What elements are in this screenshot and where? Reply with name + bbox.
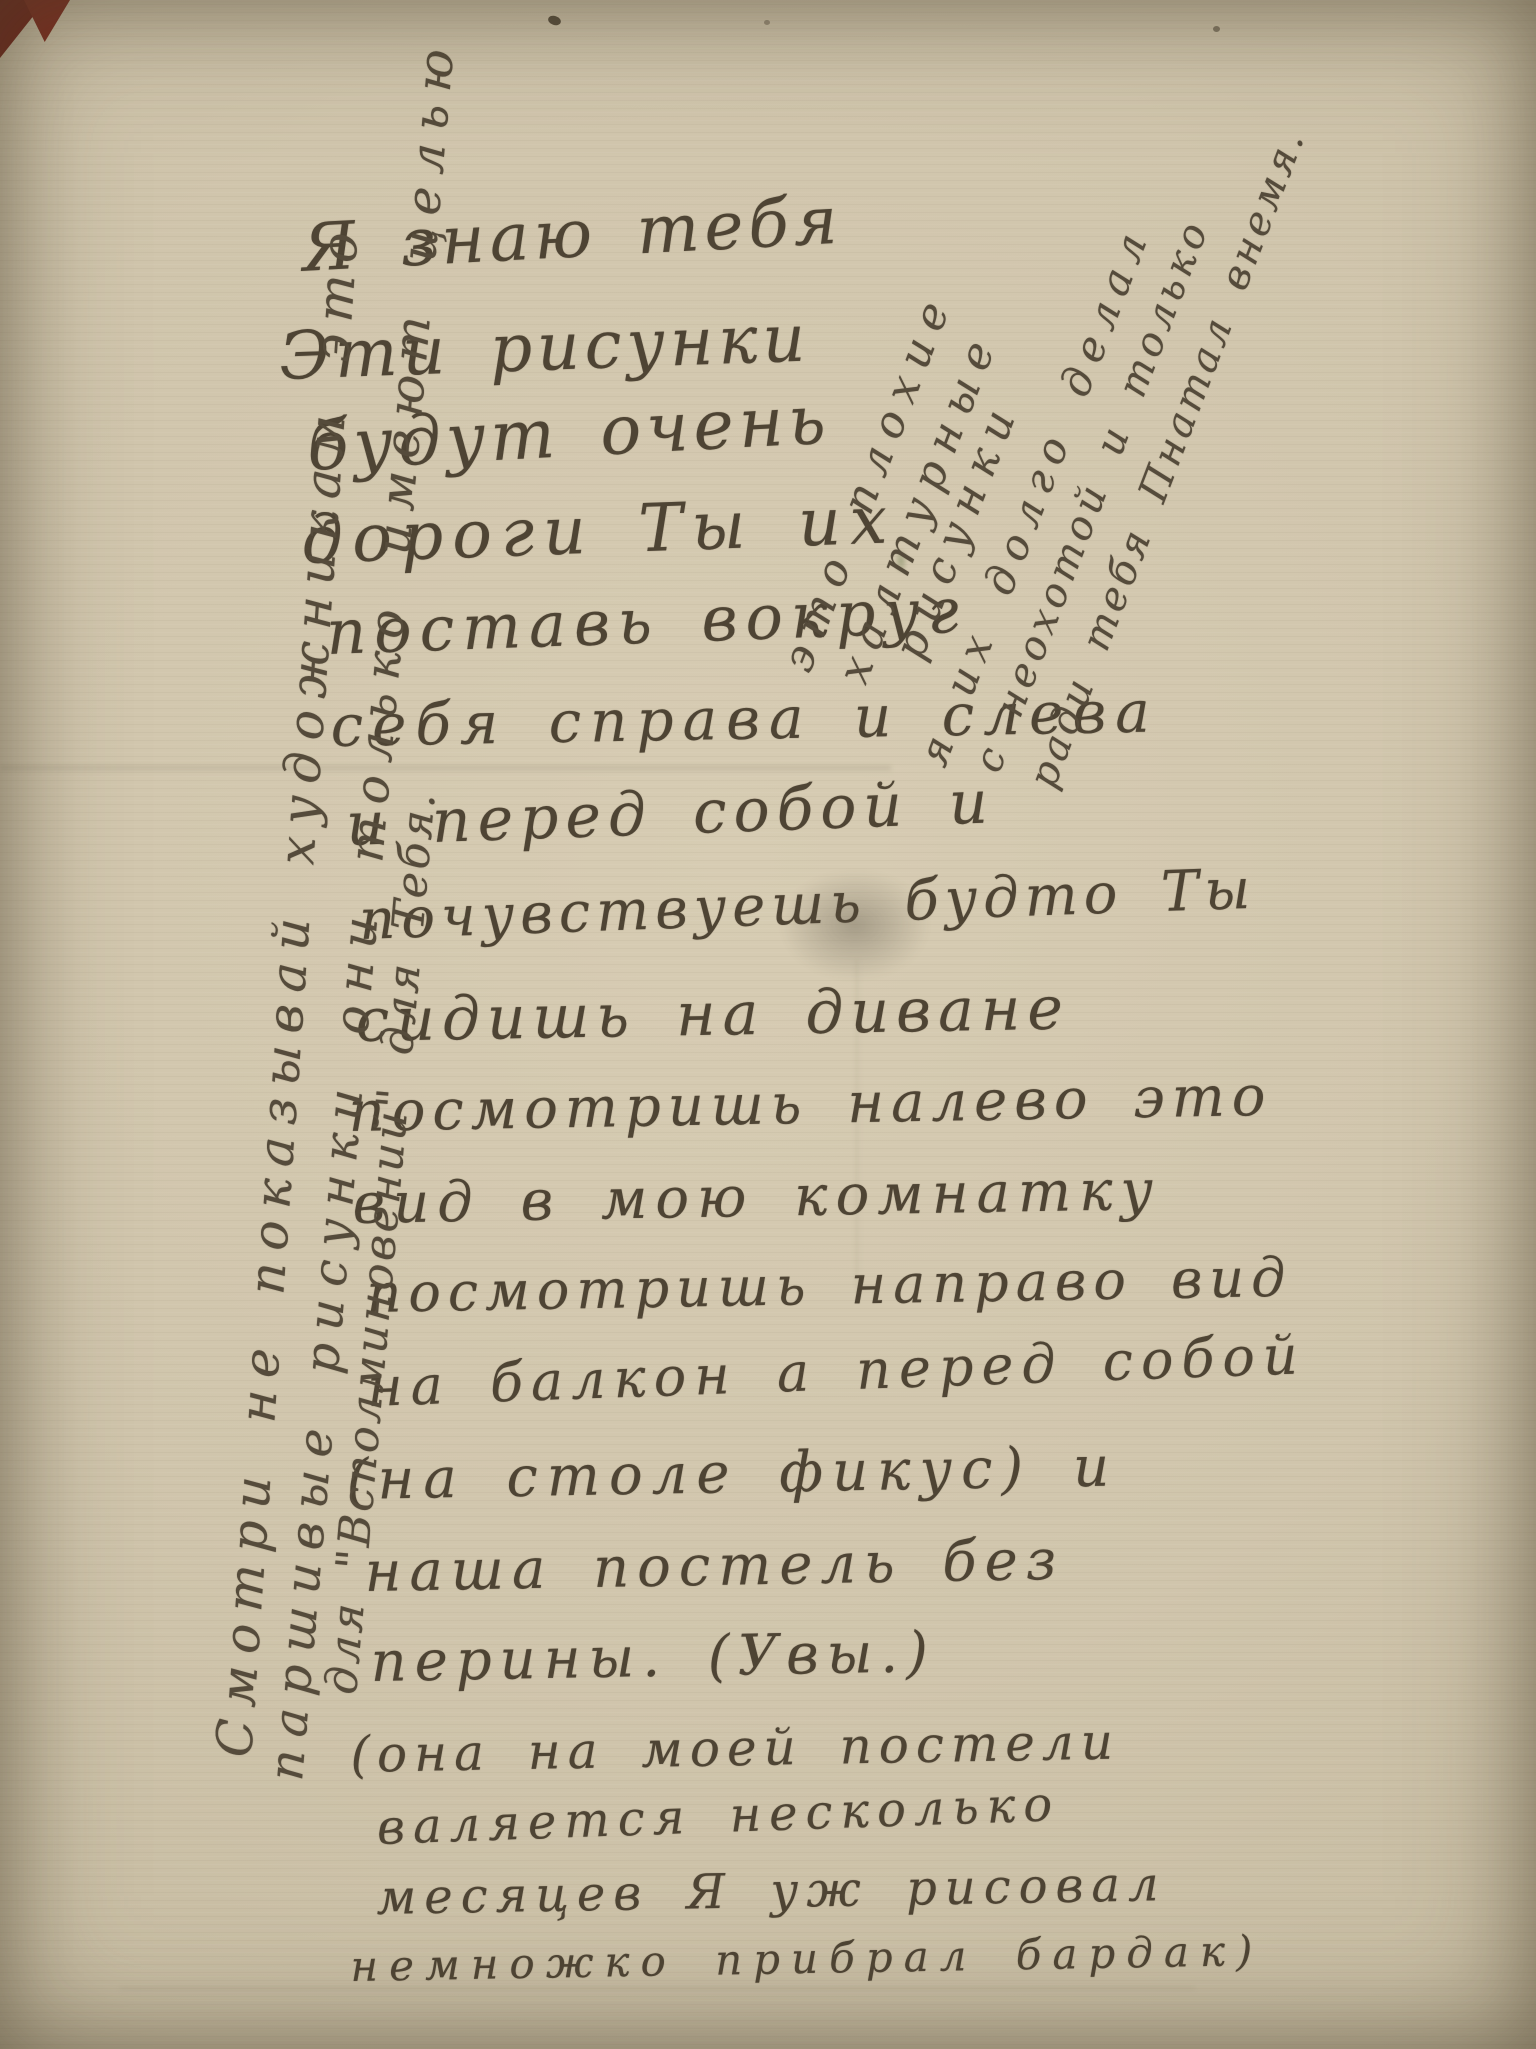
letter-line-18: валяется несколько: [376, 1776, 1061, 1856]
letter-line-17: (она на моей постели: [350, 1713, 1120, 1784]
letter-line-14: (на столе фикус) и: [346, 1435, 1119, 1513]
paper-crease-bottom: [120, 1987, 1195, 1992]
letter-line-1: Я знаю тебя: [300, 182, 844, 287]
letter-line-10: посмотришь налево это: [348, 1064, 1273, 1145]
letter-line-16: перины. (Увы.): [370, 1620, 936, 1695]
letter-photo: Я знаю тебя Эти рисунки будут очень доро…: [0, 0, 1536, 2049]
letter-line-9: сидишь на диване: [355, 974, 1070, 1056]
red-corner-mark-left: [0, 0, 46, 58]
letter-line-19: месяцев Я уж рисовал: [376, 1856, 1167, 1926]
letter-line-8: почувствуешь будто Ты: [358, 857, 1257, 953]
letter-line-13: на балкон а перед собой: [366, 1323, 1307, 1419]
paper-crease-middle: [0, 766, 891, 773]
ink-dot: [547, 14, 562, 27]
letter-line-11: вид в мою комнатку: [352, 1158, 1161, 1237]
ink-speck: [1213, 26, 1220, 32]
letter-line-15: наша постель без: [364, 1528, 1065, 1605]
red-corner-mark-right: [24, 0, 70, 42]
ink-speck-small: [764, 20, 770, 25]
letter-line-20: немножко прибрал бардак): [350, 1926, 1264, 1991]
letter-line-12: посмотришь направо вид: [366, 1246, 1293, 1325]
